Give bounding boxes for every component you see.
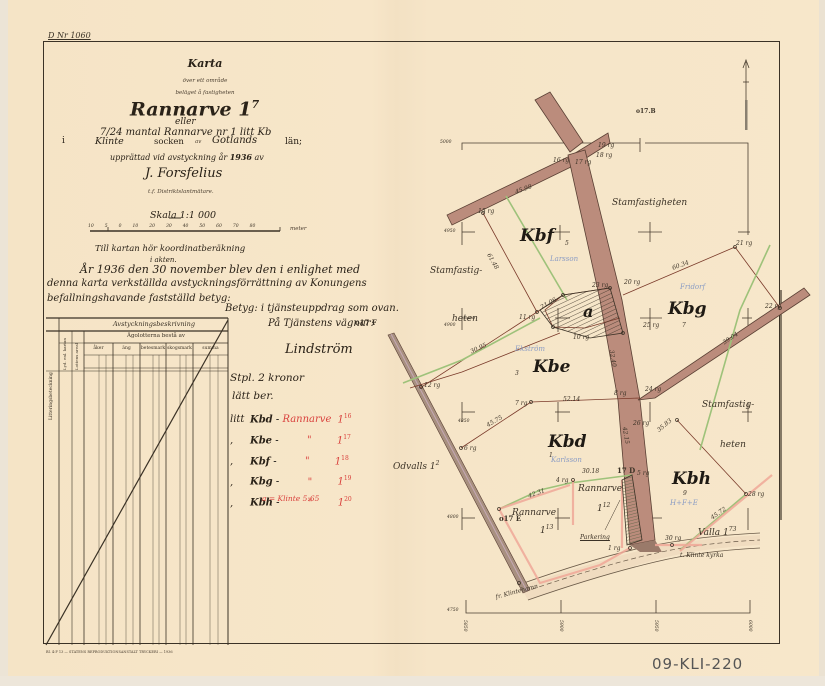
parcel-kbf-number: 5 <box>565 240 569 247</box>
place-stamfastig-east: Stamfastig- <box>702 400 754 410</box>
prepared-text: upprättad vid avstyckning år <box>110 153 227 162</box>
mark-18: 18 rg <box>596 152 612 159</box>
handwritten-line4: Betyg: i tjänsteuppdrag som ovan. <box>225 303 399 314</box>
scale-tick: 60 <box>216 224 222 229</box>
place-rannarve-13-num: 113 <box>540 524 553 536</box>
mark-25: 25 rg <box>643 322 659 329</box>
scale-tick: 10 <box>88 224 94 229</box>
mark-21: 21 rg <box>736 240 752 247</box>
table-title: Avstyckningsbeskrivning <box>80 320 228 328</box>
distance-4: 52.14 <box>563 396 580 403</box>
mark-7: 7 rg <box>515 400 527 407</box>
coord-x-5950: 5950 <box>653 620 658 631</box>
mark-11: 11 rg <box>519 314 535 321</box>
coord-y-4850: 4850 <box>458 419 469 424</box>
mark-23: 23 rg <box>592 282 608 289</box>
distance-6: 30.18 <box>582 468 599 475</box>
label-to-klinte-kyrka: t. Klinte kyrka <box>680 552 723 559</box>
title-prepared: upprättad vid avstyckning år 1936 av <box>110 152 264 162</box>
map-heading: Karta <box>155 57 255 70</box>
surveyor-title: t.f. Distriktslantmätare. <box>148 189 214 195</box>
scale-unit: meter <box>290 226 307 232</box>
place-heten-east: heten <box>720 440 746 450</box>
scale-tick: 70 <box>233 224 239 229</box>
table-group: skogsmark <box>166 346 193 351</box>
parcel-kbd[interactable]: Kbd <box>548 432 587 452</box>
surveyor-signature: J. Forsfelius <box>145 166 222 181</box>
legend-row: ,Kbg - "119 <box>230 470 352 491</box>
north-arrow-icon <box>743 60 749 130</box>
table-group: summa <box>193 346 228 351</box>
table-col-beteckning: Litteringsbeteckning <box>49 372 54 420</box>
handwritten-line6: Stpl. 2 kronor <box>230 372 304 384</box>
coord-x-6000: 6000 <box>747 620 752 631</box>
place-parkering: Parkering <box>580 534 610 541</box>
point-17e: o17 E <box>499 514 521 523</box>
property-superscript: 7 <box>251 98 259 111</box>
coord-y-5000: 5000 <box>440 140 451 145</box>
owner-note-kbg: Fridorf <box>680 283 705 291</box>
handwritten-line3: befallningshavande fastställd betyg: <box>47 293 231 304</box>
map-sheet: D Nr 1060 <box>0 0 825 686</box>
legend-row: littKbd - Rannarve116 <box>230 408 352 429</box>
owner-note-kbd: Karlsson <box>551 456 582 464</box>
mark-5: 5 rg <box>637 470 649 477</box>
handwritten-line2: denna karta verkställda avstyckningsförr… <box>47 278 367 289</box>
official-signature: Lindström <box>285 342 353 357</box>
scale-tick: 50 <box>199 224 205 229</box>
coord-note-line1: Till kartan hör koordinatberäkning <box>95 244 245 254</box>
scale-tick: 5 <box>105 224 108 229</box>
place-odvalls: Odvalls 12 <box>393 460 439 472</box>
parcel-a[interactable]: a <box>583 302 593 321</box>
scale-tick: 40 <box>183 224 189 229</box>
place-stamfastig-west: Stamfastig- <box>430 266 482 276</box>
coord-x-5900: 5900 <box>558 620 563 631</box>
county-name: Gotlands <box>212 135 257 146</box>
archive-stamp: 09-KLI-220 <box>652 655 743 673</box>
parcel-kbe-number: 3 <box>515 370 519 377</box>
mark-6: 6 rg <box>464 445 476 452</box>
title-i: i <box>62 136 65 146</box>
place-rannarve-12: Rannarve <box>578 484 622 494</box>
table-col-lott: Lottens areal <box>74 343 79 370</box>
title-line2: beläget å fastigheten <box>155 90 255 96</box>
mark-26: 26 rg <box>633 420 649 427</box>
table-group-title: Ägolotterna bestå av <box>84 333 228 339</box>
mark-1: 1 rg <box>608 545 620 552</box>
title-line1: över ett område <box>155 78 255 84</box>
title-av: av <box>195 139 201 145</box>
title-lan: län; <box>285 137 302 147</box>
coord-y-4900: 4900 <box>444 323 455 328</box>
scale-tick: 80 <box>250 224 256 229</box>
point-17d: 17 D <box>617 466 635 475</box>
mark-10: 10 rg <box>573 334 589 341</box>
mark-19: 19 rg <box>598 142 614 149</box>
scale-tick: 0 <box>119 224 122 229</box>
handwritten-line7: lätt ber. <box>232 390 274 402</box>
legend-row: ,Kbf - "118 <box>230 450 352 471</box>
point-17b: o17.B <box>636 108 656 115</box>
mark-8: 8 rg <box>614 390 626 397</box>
mark-28: 28 rg <box>748 491 764 498</box>
place-heten-west: heten <box>452 314 478 324</box>
mark-12: 12 rg <box>424 382 440 389</box>
coord-y-4950: 4950 <box>444 229 455 234</box>
coord-x-5850: 5850 <box>462 620 467 631</box>
parcel-a-hatch <box>540 288 623 338</box>
parcel-kbg-number: 7 <box>682 322 686 329</box>
parcel-legend-extra: a = Klinte 5:65 <box>262 494 319 503</box>
prepared-av: av <box>255 153 264 162</box>
coord-y-4750: 4750 <box>447 608 458 613</box>
table-group: betesmark <box>140 346 166 351</box>
mark-24: 24 rg <box>645 386 661 393</box>
parcel-kbh-number: 9 <box>683 490 687 497</box>
mark-30: 30 rg <box>665 535 681 542</box>
printer-note: Bl. 4:F 13 — STATENS REPRODUKTIONSANSTAL… <box>46 650 173 654</box>
title-socken: socken <box>154 137 184 147</box>
owner-note-kbe: Ekström <box>515 345 545 353</box>
mark-20: 20 rg <box>624 279 640 286</box>
table-group: äng <box>113 346 140 351</box>
parcel-kbf[interactable]: Kbf <box>520 226 554 246</box>
mark-15: 15 rg <box>478 208 494 215</box>
parcel-kbh[interactable]: Kbh <box>672 469 711 489</box>
scale-tick: 20 <box>149 224 155 229</box>
mark-4: 4 rg <box>556 477 568 484</box>
legend-row: ,Kbe - "117 <box>230 429 352 450</box>
mark-17: 17 rg <box>575 159 591 166</box>
scale-tick: 10 <box>132 224 138 229</box>
mark-16: 16 rg <box>553 157 569 164</box>
mark-22: 22 rg <box>765 303 781 310</box>
table-groups: åker äng betesmark skogsmark summa <box>84 346 228 351</box>
scale-ticks: 10 5 0 10 20 30 40 50 60 70 80 <box>88 224 255 229</box>
point-17f: o17 F <box>355 318 377 327</box>
place-rannarve-12-num: 112 <box>597 502 610 514</box>
place-stamfastigheten: Stamfastigheten <box>612 198 687 208</box>
owner-note-kbf: Larsson <box>550 255 578 263</box>
map-drawing <box>0 0 825 686</box>
owner-note-kbh: H+F+E <box>670 499 698 507</box>
handwritten-line1: År 1936 den 30 november blev den i enlig… <box>80 263 360 276</box>
parcel-kbg[interactable]: Kbg <box>668 299 707 319</box>
table-col-lyd: Lyd. enl. kartan <box>62 338 67 370</box>
coord-y-4800: 4800 <box>447 515 458 520</box>
parish-name: Klinte <box>95 136 124 147</box>
parcel-kbe[interactable]: Kbe <box>533 357 570 377</box>
survey-year: 1936 <box>230 152 252 162</box>
scale-tick: 30 <box>166 224 172 229</box>
scale-label: Skala 1:1 000 <box>150 210 216 221</box>
table-group: åker <box>84 346 113 351</box>
place-valla: Valla 173 <box>698 526 736 538</box>
title-or: eller <box>175 117 196 127</box>
